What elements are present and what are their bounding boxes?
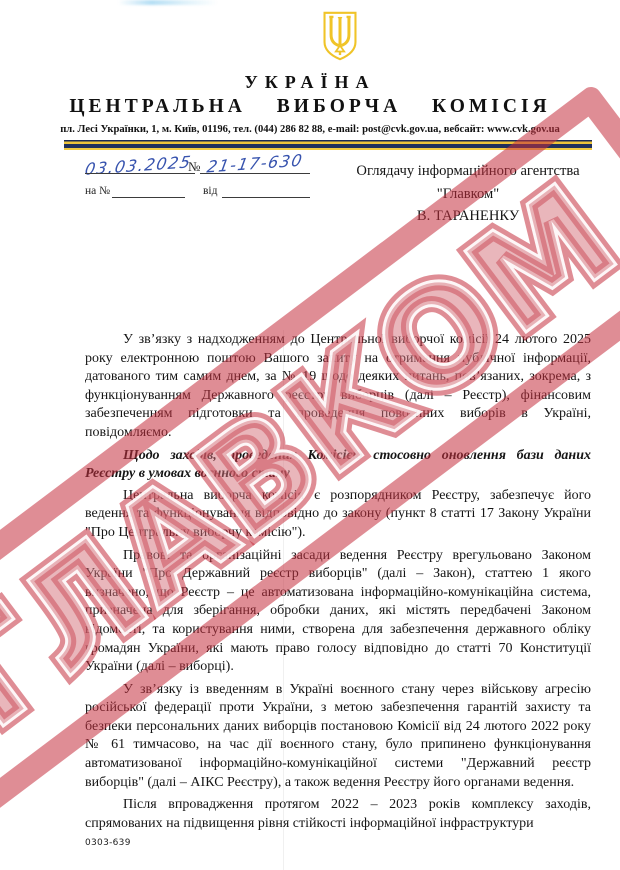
- scan-artifact: [118, 0, 218, 5]
- flag-ribbon: [64, 140, 592, 150]
- paragraph: Правові та організаційні засади ведення …: [85, 547, 591, 677]
- recipient-line-2: "Главком": [340, 183, 596, 206]
- reply-number-underline: [112, 197, 185, 198]
- footer-code: 0303-639: [85, 838, 131, 848]
- ukraine-trident-icon: [322, 11, 358, 61]
- org-title: ЦЕНТРАЛЬНА ВИБОРЧА КОМІСІЯ: [0, 96, 620, 118]
- paragraph: Після впровадження протягом 2022 – 2023 …: [85, 796, 591, 833]
- reply-number-label: на №: [85, 185, 110, 197]
- reply-from-label: від: [203, 185, 217, 197]
- number-sign: №: [188, 159, 200, 175]
- letter-body: У зв’язку з надходженням до Центральної …: [85, 331, 591, 837]
- paragraph: У зв’язку з надходженням до Центральної …: [85, 331, 591, 443]
- paragraph: У зв’язку із введенням в Україні воєнног…: [85, 681, 591, 793]
- number-underline: [200, 173, 310, 174]
- recipient-line-3: В. ТАРАНЕНКУ: [340, 205, 596, 228]
- address-line: пл. Лесі Українки, 1, м. Київ, 01196, те…: [0, 124, 620, 135]
- document-page: УКРАЇНА ЦЕНТРАЛЬНА ВИБОРЧА КОМІСІЯ пл. Л…: [0, 0, 620, 870]
- recipient-line-1: Оглядачу інформаційного агентства: [340, 160, 596, 183]
- country-title: УКРАЇНА: [0, 72, 620, 93]
- reference-block: 03.03.2025 № 21-17-630 на № від: [85, 156, 315, 206]
- handwritten-date: 03.03.2025: [83, 152, 193, 179]
- paragraph-subject-heading: Щодо заходів, проведених Комісією стосов…: [85, 447, 591, 484]
- recipient-block: Оглядачу інформаційного агентства "Главк…: [340, 160, 596, 228]
- reply-from-underline: [222, 197, 310, 198]
- scan-fold-line: [283, 330, 284, 870]
- paragraph: Центральна виборча комісія є розпорядник…: [85, 487, 591, 543]
- date-underline: [85, 173, 195, 174]
